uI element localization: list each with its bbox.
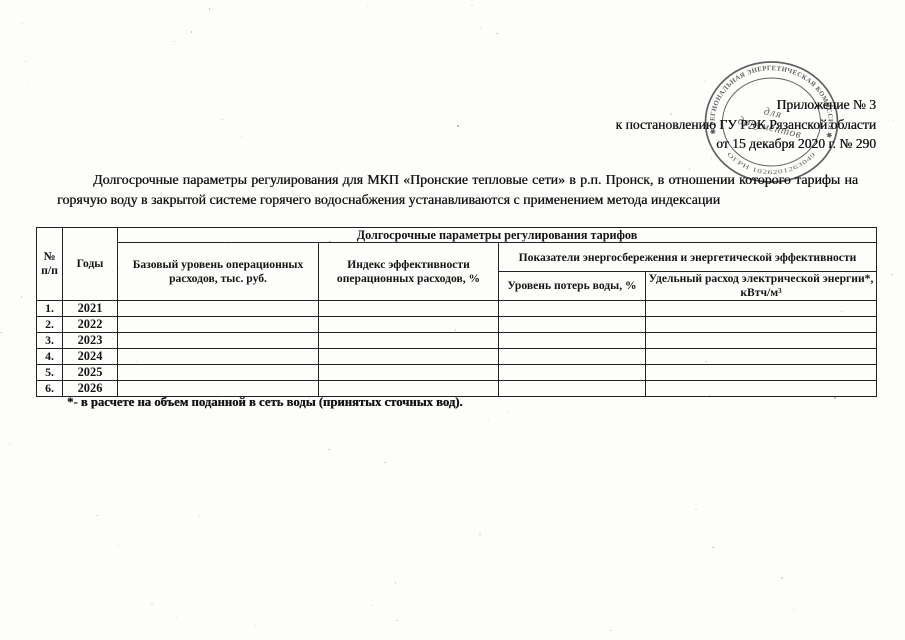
scan-speck xyxy=(367,6,368,7)
table-row-2021: 1. 2021 xyxy=(37,300,877,316)
header-water-losses: Уровень потерь воды, % xyxy=(499,272,646,300)
scan-speck xyxy=(27,85,28,86)
electric-consumption-cell xyxy=(646,300,877,316)
appendix-reference-block: Приложение № 3 к постановлению ГУ РЭК Ря… xyxy=(615,95,876,154)
row-number: 6. xyxy=(37,380,63,396)
electric-consumption-cell xyxy=(646,364,877,380)
electric-consumption-cell xyxy=(646,348,877,364)
table-row-2026: 6. 2026 xyxy=(37,380,877,396)
scan-speck xyxy=(241,136,242,137)
scan-speck xyxy=(96,515,98,516)
scan-speck xyxy=(22,23,23,24)
scan-speck xyxy=(711,158,712,159)
efficiency-index-cell xyxy=(319,364,499,380)
table-row-2024: 4. 2024 xyxy=(37,348,877,364)
efficiency-index-cell xyxy=(319,300,499,316)
scan-speck xyxy=(889,504,890,505)
scan-speck xyxy=(51,398,52,399)
scan-speck xyxy=(893,120,894,121)
row-number: 5. xyxy=(37,364,63,380)
scan-speck xyxy=(176,617,177,618)
base-costs-cell xyxy=(118,316,319,332)
water-losses-cell xyxy=(499,316,646,332)
base-costs-cell xyxy=(118,380,319,396)
scan-speck xyxy=(610,630,612,631)
scan-speck xyxy=(480,27,481,28)
scan-speck xyxy=(255,625,256,626)
year-cell: 2022 xyxy=(63,316,118,332)
year-cell: 2021 xyxy=(63,300,118,316)
appendix-number: Приложение № 3 xyxy=(615,95,876,115)
scan-speck xyxy=(173,41,175,42)
year-cell: 2024 xyxy=(63,348,118,364)
table-row-2025: 5. 2025 xyxy=(37,364,877,380)
scan-speck xyxy=(457,125,459,127)
header-electric-consumption: Удельный расход электрической энергии*, … xyxy=(646,272,877,300)
scan-speck xyxy=(25,61,26,62)
water-losses-cell xyxy=(499,364,646,380)
water-losses-cell xyxy=(499,332,646,348)
header-group-tariff-parameters: Долгосрочные параметры регулирования тар… xyxy=(118,228,877,243)
water-losses-cell xyxy=(499,380,646,396)
scan-speck xyxy=(781,577,783,579)
efficiency-index-cell xyxy=(319,348,499,364)
scan-speck xyxy=(191,31,192,33)
base-costs-cell xyxy=(118,300,319,316)
header-group-energy-efficiency: Показатели энергосбережения и энергетиче… xyxy=(499,243,877,272)
row-number: 1. xyxy=(37,300,63,316)
table-footnote: *- в расчете на объем поданной в сеть во… xyxy=(67,395,463,410)
base-costs-cell xyxy=(118,332,319,348)
header-years: Годы xyxy=(63,228,118,301)
scan-speck xyxy=(199,516,200,517)
efficiency-index-cell xyxy=(319,380,499,396)
efficiency-index-cell xyxy=(319,316,499,332)
scan-speck xyxy=(222,119,223,120)
scan-speck xyxy=(496,33,498,34)
electric-consumption-cell xyxy=(646,316,877,332)
scan-speck xyxy=(834,397,836,399)
water-losses-cell xyxy=(499,300,646,316)
header-row-number: № п/п xyxy=(37,228,63,301)
year-cell: 2023 xyxy=(63,332,118,348)
efficiency-index-cell xyxy=(319,332,499,348)
scan-speck xyxy=(471,5,473,6)
row-number: 4. xyxy=(37,348,63,364)
scanned-document-page: Приложение № 3 к постановлению ГУ РЭК Ря… xyxy=(0,0,905,640)
scan-speck xyxy=(891,274,893,275)
year-cell: 2026 xyxy=(63,380,118,396)
electric-consumption-cell xyxy=(646,332,877,348)
header-efficiency-index: Индекс эффективности операционных расход… xyxy=(319,243,499,300)
scan-speck xyxy=(372,605,373,606)
appendix-resolution: к постановлению ГУ РЭК Рязанской области xyxy=(615,115,876,135)
scan-speck xyxy=(488,420,489,421)
scan-speck xyxy=(396,620,398,621)
scan-speck xyxy=(689,168,690,170)
table-row-2023: 3. 2023 xyxy=(37,332,877,348)
scan-speck xyxy=(384,462,386,463)
scan-speck xyxy=(9,443,10,444)
year-cell: 2025 xyxy=(63,364,118,380)
appendix-date-number: от 15 декабря 2020 г. № 290 xyxy=(615,134,876,154)
row-number: 2. xyxy=(37,316,63,332)
parameters-table-wrap: № п/п Годы Долгосрочные параметры регули… xyxy=(36,227,876,397)
scan-speck xyxy=(712,547,714,548)
scan-speck xyxy=(337,169,338,170)
table-row-2022: 2. 2022 xyxy=(37,316,877,332)
scan-speck xyxy=(21,296,22,298)
scan-speck xyxy=(793,609,794,610)
water-losses-cell xyxy=(499,348,646,364)
base-costs-cell xyxy=(118,348,319,364)
base-costs-cell xyxy=(118,364,319,380)
document-title: Долгосрочные параметры регулирования для… xyxy=(57,171,858,210)
electric-consumption-cell xyxy=(646,380,877,396)
scan-speck xyxy=(395,582,396,584)
scan-speck xyxy=(0,332,2,333)
scan-speck xyxy=(695,509,697,510)
scan-speck xyxy=(704,80,705,81)
scan-speck xyxy=(209,8,210,10)
row-number: 3. xyxy=(37,332,63,348)
scan-speck xyxy=(479,534,481,535)
scan-speck xyxy=(118,545,119,546)
scan-speck xyxy=(328,449,330,450)
scan-speck xyxy=(508,412,509,413)
scan-speck xyxy=(151,604,153,605)
long-term-parameters-table: № п/п Годы Долгосрочные параметры регули… xyxy=(36,227,877,397)
header-base-costs: Базовый уровень операционных расходов, т… xyxy=(118,243,319,300)
